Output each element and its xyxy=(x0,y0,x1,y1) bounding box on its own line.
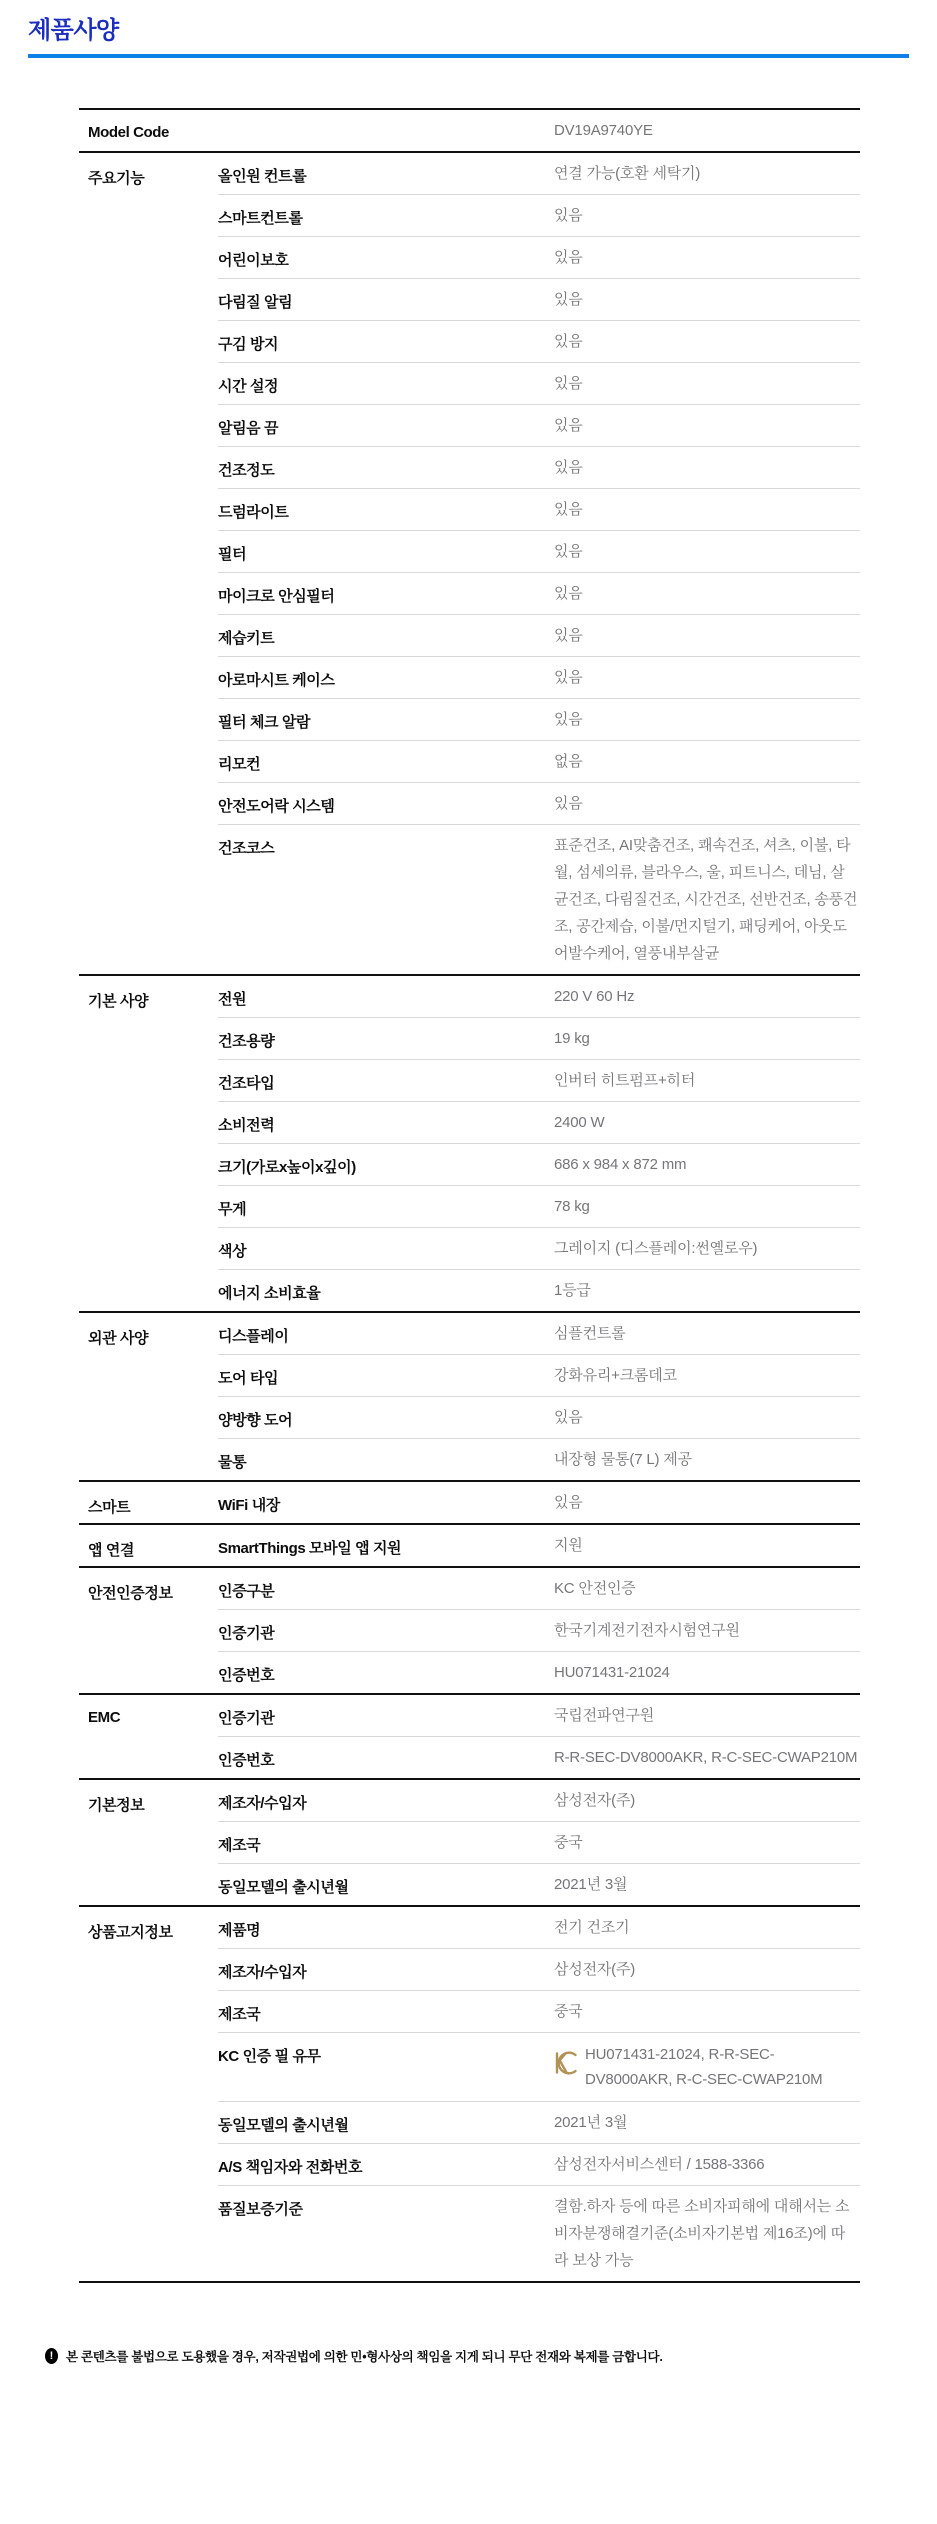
spec-row: 에너지 소비효율1등급 xyxy=(218,1269,860,1311)
spec-row: A/S 책임자와 전화번호삼성전자서비스센터 / 1588-3366 xyxy=(218,2143,860,2185)
spec-label: 도어 타입 xyxy=(218,1362,554,1389)
spec-value: 강화유리+크롬데코 xyxy=(554,1362,860,1389)
spec-row: 동일모델의 출시년월2021년 3월 xyxy=(218,1863,860,1905)
spec-value: 있음 xyxy=(554,664,860,691)
title-underline xyxy=(28,54,909,58)
spec-label: 제습키트 xyxy=(218,622,554,649)
spec-value: 2021년 3월 xyxy=(554,2109,860,2136)
section-category: 주요기능 xyxy=(79,153,218,974)
spec-row: 제조자/수입자삼성전자(주) xyxy=(218,1948,860,1990)
spec-value: 있음 xyxy=(554,580,860,607)
spec-row: 구김 방지있음 xyxy=(218,320,860,362)
spec-label: 건조용량 xyxy=(218,1025,554,1052)
spec-label: 건조정도 xyxy=(218,454,554,481)
page-title: 제품사양 xyxy=(28,10,937,45)
spec-section: 주요기능 올인원 컨트롤연결 가능(호환 세탁기)스마트컨트롤있음어린이보호있음… xyxy=(79,151,860,974)
spec-row: 건조코스표준건조, AI맞춤건조, 쾌속건조, 셔츠, 이불, 타월, 섬세의류… xyxy=(218,824,860,974)
spec-table: Model Code DV19A9740YE 주요기능 올인원 컨트롤연결 가능… xyxy=(79,108,860,2283)
spec-value: 삼성전자서비스센터 / 1588-3366 xyxy=(554,2151,860,2178)
spec-row: 건조타입인버터 히트펌프+히터 xyxy=(218,1059,860,1101)
spec-value: 있음 xyxy=(554,1489,860,1516)
spec-label: 크기(가로x높이x깊이) xyxy=(218,1151,554,1178)
spec-row: SmartThings 모바일 앱 지원지원 xyxy=(218,1525,860,1566)
spec-value: 있음 xyxy=(554,328,860,355)
spec-label: 제조국 xyxy=(218,1829,554,1856)
spec-label: 소비전력 xyxy=(218,1109,554,1136)
spec-label: 물통 xyxy=(218,1446,554,1473)
spec-section: 안전인증정보 인증구분KC 안전인증인증기관한국기계전기전자시험연구원인증번호H… xyxy=(79,1566,860,1693)
spec-section: 앱 연결 SmartThings 모바일 앱 지원지원 xyxy=(79,1523,860,1566)
section-rows: 인증구분KC 안전인증인증기관한국기계전기전자시험연구원인증번호HU071431… xyxy=(218,1568,860,1693)
spec-value: 있음 xyxy=(554,790,860,817)
spec-row: WiFi 내장있음 xyxy=(218,1482,860,1523)
section-rows: 제품명전기 건조기제조자/수입자삼성전자(주)제조국중국KC 인증 필 유무HU… xyxy=(218,1907,860,2281)
spec-label: 에너지 소비효율 xyxy=(218,1277,554,1304)
section-rows: 인증기관국립전파연구원인증번호R-R-SEC-DV8000AKR, R-C-SE… xyxy=(218,1695,860,1778)
spec-row: 제습키트있음 xyxy=(218,614,860,656)
spec-row: 어린이보호있음 xyxy=(218,236,860,278)
spec-row: DV19A9740YE xyxy=(218,110,860,151)
spec-row: 크기(가로x높이x깊이)686 x 984 x 872 mm xyxy=(218,1143,860,1185)
spec-row: 인증구분KC 안전인증 xyxy=(218,1568,860,1609)
spec-section: Model Code DV19A9740YE xyxy=(79,108,860,151)
spec-label: 제품명 xyxy=(218,1914,554,1941)
spec-label: 스마트컨트롤 xyxy=(218,202,554,229)
spec-value-text: HU071431-21024, R-R-SEC-DV8000AKR, R-C-S… xyxy=(585,2042,857,2092)
spec-label: 전원 xyxy=(218,983,554,1010)
spec-section: 기본 사양 전원220 V 60 Hz건조용량19 kg건조타입인버터 히트펌프… xyxy=(79,974,860,1311)
spec-section: 스마트 WiFi 내장있음 xyxy=(79,1480,860,1523)
spec-label: 동일모델의 출시년월 xyxy=(218,2109,554,2136)
spec-label: 무게 xyxy=(218,1193,554,1220)
spec-value: HU071431-21024, R-R-SEC-DV8000AKR, R-C-S… xyxy=(554,2040,860,2094)
spec-section: EMC 인증기관국립전파연구원인증번호R-R-SEC-DV8000AKR, R-… xyxy=(79,1693,860,1778)
spec-row: 품질보증기준결함.하자 등에 따른 소비자피해에 대해서는 소비자분쟁해결기준(… xyxy=(218,2185,860,2281)
spec-label: WiFi 내장 xyxy=(218,1489,554,1516)
spec-value: 중국 xyxy=(554,1998,860,2025)
section-category: 안전인증정보 xyxy=(79,1568,218,1693)
spec-row: 제품명전기 건조기 xyxy=(218,1907,860,1948)
spec-value: 중국 xyxy=(554,1829,860,1856)
spec-row: KC 인증 필 유무HU071431-21024, R-R-SEC-DV8000… xyxy=(218,2032,860,2101)
spec-value: 있음 xyxy=(554,454,860,481)
spec-label: 색상 xyxy=(218,1235,554,1262)
spec-value: 삼성전자(주) xyxy=(554,1956,860,1983)
spec-row: 무게78 kg xyxy=(218,1185,860,1227)
spec-value: KC 안전인증 xyxy=(554,1575,860,1602)
spec-row: 물통내장형 물통(7 L) 제공 xyxy=(218,1438,860,1480)
spec-section: 기본정보 제조자/수입자삼성전자(주)제조국중국동일모델의 출시년월2021년 … xyxy=(79,1778,860,1905)
product-spec-page: 제품사양 Model Code DV19A9740YE 주요기능 올인원 컨트롤… xyxy=(0,0,937,2524)
exclamation-circle-icon: ! xyxy=(45,2348,58,2364)
spec-row: 제조자/수입자삼성전자(주) xyxy=(218,1780,860,1821)
spec-row: 시간 설정있음 xyxy=(218,362,860,404)
spec-row: 인증번호R-R-SEC-DV8000AKR, R-C-SEC-CWAP210M xyxy=(218,1736,860,1778)
spec-label: 다림질 알림 xyxy=(218,286,554,313)
spec-label: 필터 xyxy=(218,538,554,565)
section-category: Model Code xyxy=(79,110,218,151)
spec-value: 인버터 히트펌프+히터 xyxy=(554,1067,860,1094)
spec-value: 19 kg xyxy=(554,1025,860,1052)
spec-label: 인증구분 xyxy=(218,1575,554,1602)
spec-label: 제조국 xyxy=(218,1998,554,2025)
spec-value: 있음 xyxy=(554,1404,860,1431)
spec-value: 있음 xyxy=(554,706,860,733)
spec-value: 결함.하자 등에 따른 소비자피해에 대해서는 소비자분쟁해결기준(소비자기본법… xyxy=(554,2193,860,2274)
spec-value: HU071431-21024 xyxy=(554,1659,860,1686)
section-rows: 올인원 컨트롤연결 가능(호환 세탁기)스마트컨트롤있음어린이보호있음다림질 알… xyxy=(218,153,860,974)
section-rows: 디스플레이심플컨트롤도어 타입강화유리+크롬데코양방향 도어있음물통내장형 물통… xyxy=(218,1313,860,1480)
section-rows: DV19A9740YE xyxy=(218,110,860,151)
spec-label: 제조자/수입자 xyxy=(218,1787,554,1814)
section-category: 기본 사양 xyxy=(79,976,218,1311)
spec-label: 시간 설정 xyxy=(218,370,554,397)
section-rows: WiFi 내장있음 xyxy=(218,1482,860,1523)
spec-label: 인증기관 xyxy=(218,1617,554,1644)
spec-value: 그레이지 (디스플레이:썬옐로우) xyxy=(554,1235,860,1262)
spec-row: 안전도어락 시스템있음 xyxy=(218,782,860,824)
spec-row: 필터있음 xyxy=(218,530,860,572)
spec-row: 도어 타입강화유리+크롬데코 xyxy=(218,1354,860,1396)
spec-value: 2400 W xyxy=(554,1109,860,1136)
spec-label: 어린이보호 xyxy=(218,244,554,271)
spec-label: 구김 방지 xyxy=(218,328,554,355)
copyright-text: 본 콘텐츠를 불법으로 도용했을 경우, 저작권법에 의한 민•형사상의 책임을… xyxy=(66,2347,663,2365)
spec-label xyxy=(218,117,554,144)
section-category: 상품고지정보 xyxy=(79,1907,218,2281)
spec-value: 국립전파연구원 xyxy=(554,1702,860,1729)
spec-row: 색상그레이지 (디스플레이:썬옐로우) xyxy=(218,1227,860,1269)
kc-certification-icon xyxy=(554,2050,578,2085)
spec-row: 드럼라이트있음 xyxy=(218,488,860,530)
spec-section: 상품고지정보 제품명전기 건조기제조자/수입자삼성전자(주)제조국중국KC 인증… xyxy=(79,1905,860,2281)
spec-value: 심플컨트롤 xyxy=(554,1320,860,1347)
section-rows: 제조자/수입자삼성전자(주)제조국중국동일모델의 출시년월2021년 3월 xyxy=(218,1780,860,1905)
spec-value: 있음 xyxy=(554,370,860,397)
section-category: 외관 사양 xyxy=(79,1313,218,1480)
spec-label: 인증기관 xyxy=(218,1702,554,1729)
section-rows: 전원220 V 60 Hz건조용량19 kg건조타입인버터 히트펌프+히터소비전… xyxy=(218,976,860,1311)
section-category: 스마트 xyxy=(79,1482,218,1523)
spec-value: 지원 xyxy=(554,1532,860,1559)
page-header: 제품사양 xyxy=(0,0,937,58)
spec-value: 있음 xyxy=(554,412,860,439)
spec-row: 소비전력2400 W xyxy=(218,1101,860,1143)
section-category: 기본정보 xyxy=(79,1780,218,1905)
spec-label: 건조타입 xyxy=(218,1067,554,1094)
section-category: 앱 연결 xyxy=(79,1525,218,1566)
spec-value: 전기 건조기 xyxy=(554,1914,860,1941)
spec-label: 인증번호 xyxy=(218,1744,554,1771)
spec-value: DV19A9740YE xyxy=(554,117,860,144)
spec-label: 양방향 도어 xyxy=(218,1404,554,1431)
spec-row: 올인원 컨트롤연결 가능(호환 세탁기) xyxy=(218,153,860,194)
spec-label: 필터 체크 알람 xyxy=(218,706,554,733)
spec-label: A/S 책임자와 전화번호 xyxy=(218,2151,554,2178)
spec-value: 한국기계전기전자시험연구원 xyxy=(554,1617,860,1644)
spec-row: 다림질 알림있음 xyxy=(218,278,860,320)
spec-row: 인증기관한국기계전기전자시험연구원 xyxy=(218,1609,860,1651)
spec-label: 인증번호 xyxy=(218,1659,554,1686)
section-category: EMC xyxy=(79,1695,218,1778)
spec-label: 드럼라이트 xyxy=(218,496,554,523)
spec-value: 686 x 984 x 872 mm xyxy=(554,1151,860,1178)
spec-label: KC 인증 필 유무 xyxy=(218,2040,554,2094)
spec-value: 1등급 xyxy=(554,1277,860,1304)
spec-row: 전원220 V 60 Hz xyxy=(218,976,860,1017)
spec-label: 알림음 끔 xyxy=(218,412,554,439)
spec-row: 양방향 도어있음 xyxy=(218,1396,860,1438)
spec-row: 건조용량19 kg xyxy=(218,1017,860,1059)
spec-label: 제조자/수입자 xyxy=(218,1956,554,1983)
spec-value: 있음 xyxy=(554,244,860,271)
spec-row: 디스플레이심플컨트롤 xyxy=(218,1313,860,1354)
spec-value: 있음 xyxy=(554,622,860,649)
spec-value: 있음 xyxy=(554,496,860,523)
spec-row: 필터 체크 알람있음 xyxy=(218,698,860,740)
spec-row: 인증번호HU071431-21024 xyxy=(218,1651,860,1693)
spec-value: 2021년 3월 xyxy=(554,1871,860,1898)
spec-value: 있음 xyxy=(554,538,860,565)
spec-label: 마이크로 안심필터 xyxy=(218,580,554,607)
spec-value: 삼성전자(주) xyxy=(554,1787,860,1814)
spec-value: 표준건조, AI맞춤건조, 쾌속건조, 셔츠, 이불, 타월, 섬세의류, 블라… xyxy=(554,832,860,967)
spec-value: 있음 xyxy=(554,202,860,229)
spec-row: 스마트컨트롤있음 xyxy=(218,194,860,236)
spec-value: 78 kg xyxy=(554,1193,860,1220)
spec-value: R-R-SEC-DV8000AKR, R-C-SEC-CWAP210M xyxy=(554,1744,860,1771)
spec-label: 아로마시트 케이스 xyxy=(218,664,554,691)
spec-value: 220 V 60 Hz xyxy=(554,983,860,1010)
spec-label: 리모컨 xyxy=(218,748,554,775)
copyright-notice: ! 본 콘텐츠를 불법으로 도용했을 경우, 저작권법에 의한 민•형사상의 책… xyxy=(45,2347,937,2365)
spec-row: 건조정도있음 xyxy=(218,446,860,488)
spec-label: 디스플레이 xyxy=(218,1320,554,1347)
spec-label: 품질보증기준 xyxy=(218,2193,554,2274)
spec-row: 마이크로 안심필터있음 xyxy=(218,572,860,614)
spec-row: 알림음 끔있음 xyxy=(218,404,860,446)
spec-section: 외관 사양 디스플레이심플컨트롤도어 타입강화유리+크롬데코양방향 도어있음물통… xyxy=(79,1311,860,1480)
section-rows: SmartThings 모바일 앱 지원지원 xyxy=(218,1525,860,1566)
spec-label: SmartThings 모바일 앱 지원 xyxy=(218,1532,554,1559)
spec-label: 올인원 컨트롤 xyxy=(218,160,554,187)
spec-row: 동일모델의 출시년월2021년 3월 xyxy=(218,2101,860,2143)
spec-value: 있음 xyxy=(554,286,860,313)
spec-label: 동일모델의 출시년월 xyxy=(218,1871,554,1898)
spec-row: 인증기관국립전파연구원 xyxy=(218,1695,860,1736)
spec-label: 안전도어락 시스템 xyxy=(218,790,554,817)
spec-value: 내장형 물통(7 L) 제공 xyxy=(554,1446,860,1473)
spec-label: 건조코스 xyxy=(218,832,554,967)
spec-row: 아로마시트 케이스있음 xyxy=(218,656,860,698)
spec-row: 제조국중국 xyxy=(218,1821,860,1863)
spec-row: 제조국중국 xyxy=(218,1990,860,2032)
spec-value: 연결 가능(호환 세탁기) xyxy=(554,160,860,187)
spec-value: 없음 xyxy=(554,748,860,775)
spec-row: 리모컨없음 xyxy=(218,740,860,782)
